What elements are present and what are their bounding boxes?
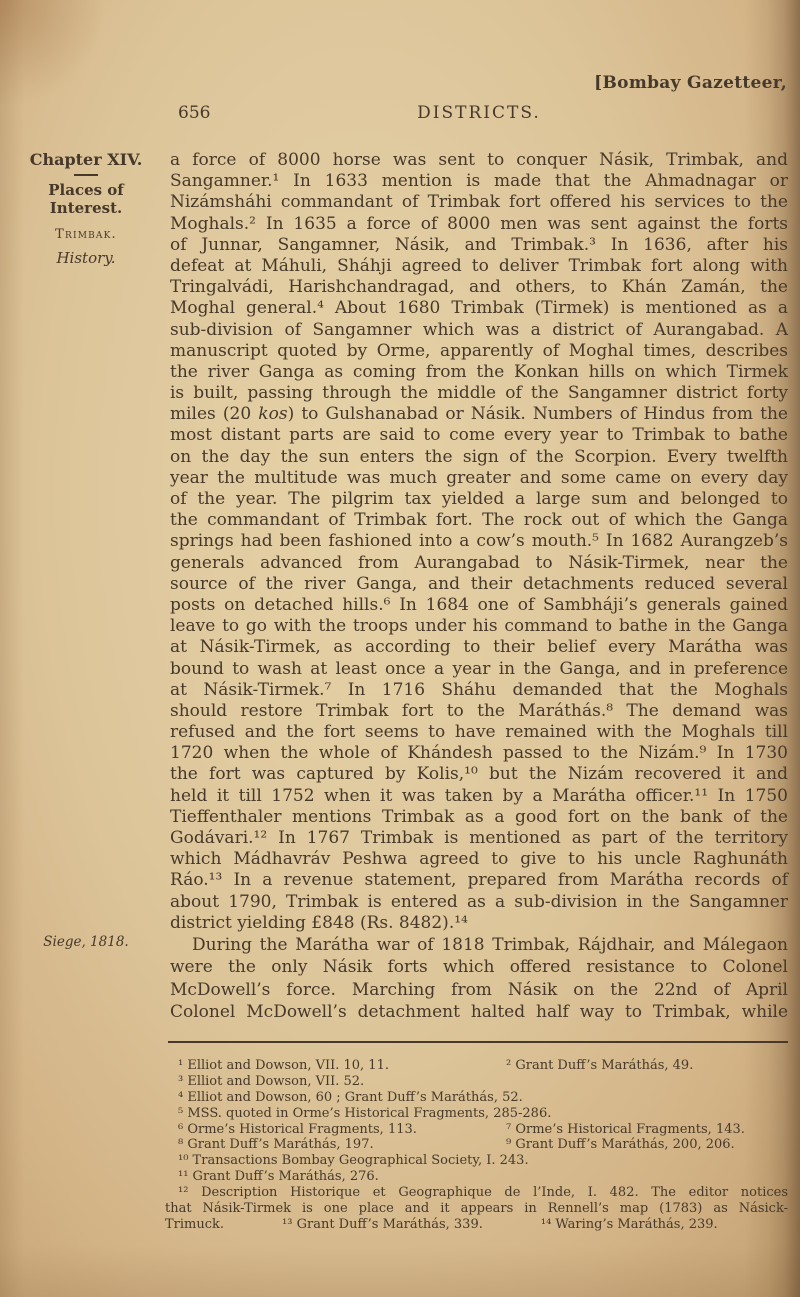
text-line: miles (20 kos) to Gulshanabad or Násik. … <box>170 404 788 425</box>
footnote-line: ¹¹ Grant Duff’s Maráthás, 276. <box>165 1169 788 1185</box>
text-line: springs had been fashioned into a cow’s … <box>170 531 788 552</box>
footnote-entry: ⁸ Grant Duff’s Maráthás, 197. <box>178 1137 506 1153</box>
margin-note-chapter: Chapter XIV. <box>10 150 162 169</box>
footnote-entry: ⁵ MSS. quoted in Orme’s Historical Fragm… <box>178 1106 551 1121</box>
footnote-entry: ¹¹ Grant Duff’s Maráthás, 276. <box>178 1169 379 1184</box>
footnote-entry: ³ Elliot and Dowson, VII. 52. <box>178 1074 364 1089</box>
footnote-line: ⁵ MSS. quoted in Orme’s Historical Fragm… <box>165 1106 788 1122</box>
text-line: Nizámsháhi commandant of Trimbak fort of… <box>170 192 788 213</box>
text-line: McDowell’s force. Marching from Násik on… <box>170 979 788 1001</box>
text-line: generals advanced from Aurangabad to Nás… <box>170 553 788 574</box>
footnote-entry: ⁹ Grant Duff’s Maráthás, 200, 206. <box>506 1137 735 1152</box>
footnote-entry: that Násik-Tirmek is one place and it ap… <box>165 1201 788 1216</box>
footnote-entry: Trimuck. <box>165 1217 224 1232</box>
text-line: Godávari.¹² In 1767 Trimbak is mentioned… <box>170 828 788 849</box>
text-line: the river Ganga as coming from the Konka… <box>170 362 788 383</box>
paragraph-history: a force of 8000 horse was sent to conque… <box>170 150 788 934</box>
footnote-entry: ¹ Elliot and Dowson, VII. 10, 11. <box>178 1058 506 1074</box>
text-line: the fort was captured by Kolis,¹⁰ but th… <box>170 764 788 785</box>
text-line: held it till 1752 when it was taken by a… <box>170 786 788 807</box>
text-line: of the year. The pilgrim tax yielded a l… <box>170 489 788 510</box>
footnote-entry: ¹⁴ Waring’s Maráthás, 239. <box>541 1217 718 1232</box>
text-line: Ráo.¹³ In a revenue statement, prepared … <box>170 870 788 891</box>
footnote-entry: ¹⁰ Transactions Bombay Geographical Soci… <box>178 1153 529 1168</box>
running-title: DISTRICTS. <box>170 103 788 123</box>
text-line: year the multitude was much greater and … <box>170 468 788 489</box>
text-line: Moghals.² In 1635 a force of 8000 men wa… <box>170 214 788 235</box>
footnote-line: ⁶ Orme’s Historical Fragments, 113.⁷ Orm… <box>165 1122 788 1138</box>
footnote-line: ⁴ Elliot and Dowson, 60 ; Grant Duff’s M… <box>165 1090 788 1106</box>
text-line: which Mádhavráv Peshwa agreed to give to… <box>170 849 788 870</box>
text-line: posts on detached hills.⁶ In 1684 one of… <box>170 595 788 616</box>
footnotes: ¹ Elliot and Dowson, VII. 10, 11.² Grant… <box>165 1058 788 1233</box>
footnote-line: ¹ Elliot and Dowson, VII. 10, 11.² Grant… <box>165 1058 788 1074</box>
text-line: on the day the sun enters the sign of th… <box>170 447 788 468</box>
text-line: leave to go with the troops under his co… <box>170 616 788 637</box>
book-page: [Bombay Gazetteer, 656 DISTRICTS. Chapte… <box>0 0 800 1297</box>
text-line: should restore Trimbak fort to the Marát… <box>170 701 788 722</box>
text-line: at Násik-Tirmek, as according to their b… <box>170 637 788 658</box>
text-line: Tieffenthaler mentions Trimbak as a good… <box>170 807 788 828</box>
text-line: Moghal general.⁴ About 1680 Trimbak (Tir… <box>170 298 788 319</box>
margin-note-places-of-interest: Places of Interest. <box>10 181 162 217</box>
text-line: about 1790, Trimbak is entered as a sub-… <box>170 892 788 913</box>
text-line: During the Marátha war of 1818 Trimbak, … <box>170 934 788 956</box>
text-line: at Násik-Tirmek.⁷ In 1716 Sháhu demanded… <box>170 680 788 701</box>
text-line: Sangamner.¹ In 1633 mention is made that… <box>170 171 788 192</box>
text-line: Tringalvádi, Harishchandragad, and other… <box>170 277 788 298</box>
text-line: district yielding £848 (Rs. 8482).¹⁴ <box>170 913 788 934</box>
margin-note-trimbak: Trimbak. <box>10 227 162 242</box>
text-line: refused and the fort seems to have remai… <box>170 722 788 743</box>
footnote-line: ³ Elliot and Dowson, VII. 52. <box>165 1074 788 1090</box>
footnote-entry: ⁶ Orme’s Historical Fragments, 113. <box>178 1122 506 1138</box>
text-line: sub-division of Sangamner which was a di… <box>170 320 788 341</box>
text-line: most distant parts are said to come ever… <box>170 425 788 446</box>
footnote-entry: ² Grant Duff’s Maráthás, 49. <box>506 1058 693 1073</box>
footnote-entry: ⁷ Orme’s Historical Fragments, 143. <box>506 1122 745 1137</box>
margin-notes: Chapter XIV. Places of Interest. Trimbak… <box>10 150 162 267</box>
footnote-line: ⁸ Grant Duff’s Maráthás, 197.⁹ Grant Duf… <box>165 1137 788 1153</box>
footnote-line: Trimuck.¹³ Grant Duff’s Maráthás, 339.¹⁴… <box>165 1217 788 1233</box>
footnote-entry: ¹³ Grant Duff’s Maráthás, 339. <box>282 1217 483 1232</box>
text-line: 1720 when the whole of Khándesh passed t… <box>170 743 788 764</box>
text-line: manuscript quoted by Orme, apparently of… <box>170 341 788 362</box>
footnote-entry: ¹² Description Historique et Geographiqu… <box>178 1185 788 1200</box>
footnote-entry: ⁴ Elliot and Dowson, 60 ; Grant Duff’s M… <box>178 1090 523 1105</box>
text-line: source of the river Ganga, and their det… <box>170 574 788 595</box>
margin-note-divider <box>74 174 98 176</box>
text-line: were the only Násik forts which offered … <box>170 956 788 978</box>
text-line: bound to wash at least once a year in th… <box>170 659 788 680</box>
body-text: a force of 8000 horse was sent to conque… <box>170 150 788 1023</box>
paragraph-siege: During the Marátha war of 1818 Trimbak, … <box>170 934 788 1023</box>
text-line: defeat at Máhuli, Sháhji agreed to deliv… <box>170 256 788 277</box>
text-line: a force of 8000 horse was sent to conque… <box>170 150 788 171</box>
running-header-right: [Bombay Gazetteer, <box>0 73 787 93</box>
footnote-line: ¹² Description Historique et Geographiqu… <box>165 1185 788 1201</box>
text-line: is built, passing through the middle of … <box>170 383 788 404</box>
footnote-line: that Násik-Tirmek is one place and it ap… <box>165 1201 788 1217</box>
text-line: the commandant of Trimbak fort. The rock… <box>170 510 788 531</box>
text-line: of Junnar, Sangamner, Násik, and Trimbak… <box>170 235 788 256</box>
footnote-line: ¹⁰ Transactions Bombay Geographical Soci… <box>165 1153 788 1169</box>
text-line: Colonel McDowell’s detachment halted hal… <box>170 1001 788 1023</box>
margin-note-siege: Siege, 1818. <box>10 934 162 950</box>
margin-note-history: History. <box>10 249 162 267</box>
footnote-separator-rule <box>168 1041 788 1043</box>
